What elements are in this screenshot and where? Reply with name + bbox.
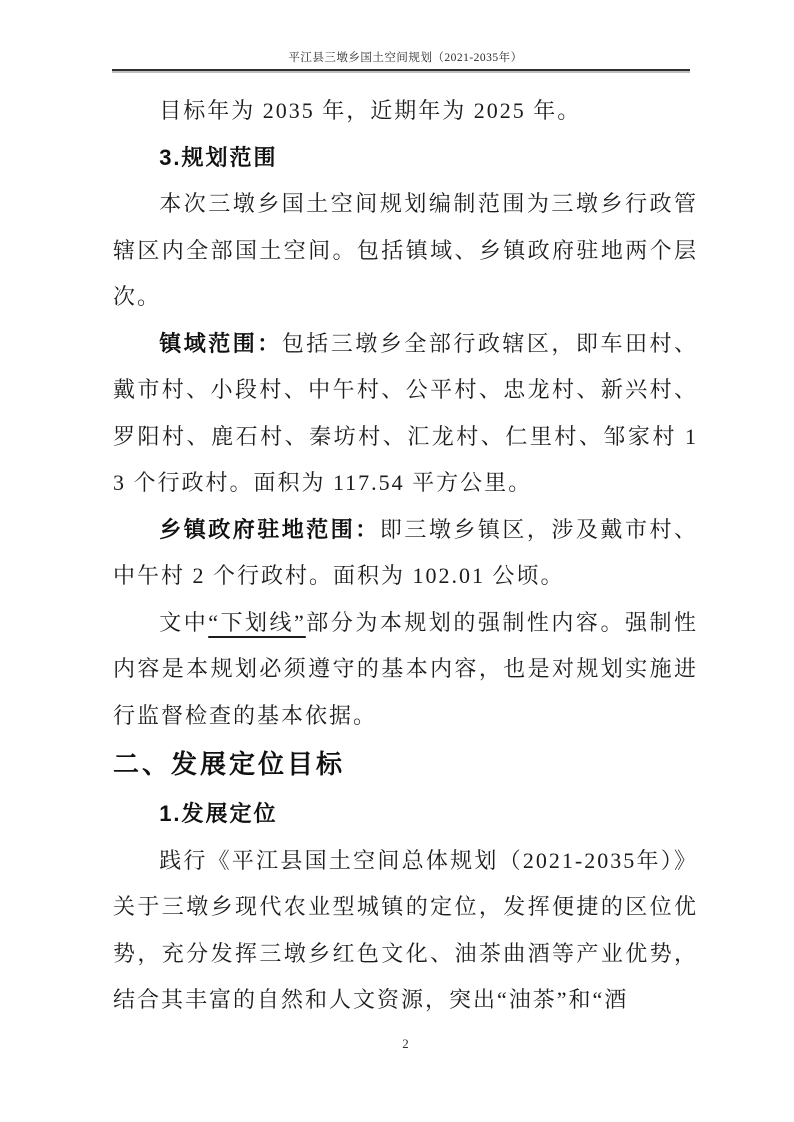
document-body: 目标年为 2035 年，近期年为 2025 年。 3.规划范围 本次三墩乡国土空…	[113, 88, 698, 1024]
paragraph-government-seat-scope: 乡镇政府驻地范围：即三墩乡镇区，涉及戴市村、中午村 2 个行政村。面积为 102…	[113, 507, 698, 600]
paragraph-target-year: 目标年为 2035 年，近期年为 2025 年。	[113, 88, 698, 135]
page-number: 2	[113, 1034, 698, 1054]
town-scope-lead-label: 镇域范围：	[159, 331, 282, 356]
page-header-title: 平江县三墩乡国土空间规划（2021-2035年）	[113, 50, 698, 66]
paragraph-mandatory-content: 文中“下划线”部分为本规划的强制性内容。强制性内容是本规划必须遵守的基本内容，也…	[113, 600, 698, 740]
header-rule	[112, 69, 690, 71]
paragraph-town-scope: 镇域范围：包括三墩乡全部行政辖区，即车田村、戴市村、小段村、中午村、公平村、忠龙…	[113, 321, 698, 507]
heading-development-positioning: 1.发展定位	[113, 791, 698, 838]
paragraph-scope-overview: 本次三墩乡国土空间规划编制范围为三墩乡行政管辖区内全部国土空间。包括镇域、乡镇政…	[113, 181, 698, 321]
document-page: 平江县三墩乡国土空间规划（2021-2035年） 目标年为 2035 年，近期年…	[0, 0, 794, 1122]
underlined-term: “下划线”	[208, 610, 306, 635]
heading-chapter-two-development-goals: 二、发展定位目标	[113, 739, 698, 789]
heading-planning-scope: 3.规划范围	[113, 135, 698, 182]
seat-scope-lead-label: 乡镇政府驻地范围：	[159, 517, 380, 542]
paragraph-development-positioning: 践行《平江县国土空间总体规划（2021-2035年）》关于三墩乡现代农业型城镇的…	[113, 838, 698, 1024]
mandatory-text-pre: 文中	[159, 610, 208, 635]
